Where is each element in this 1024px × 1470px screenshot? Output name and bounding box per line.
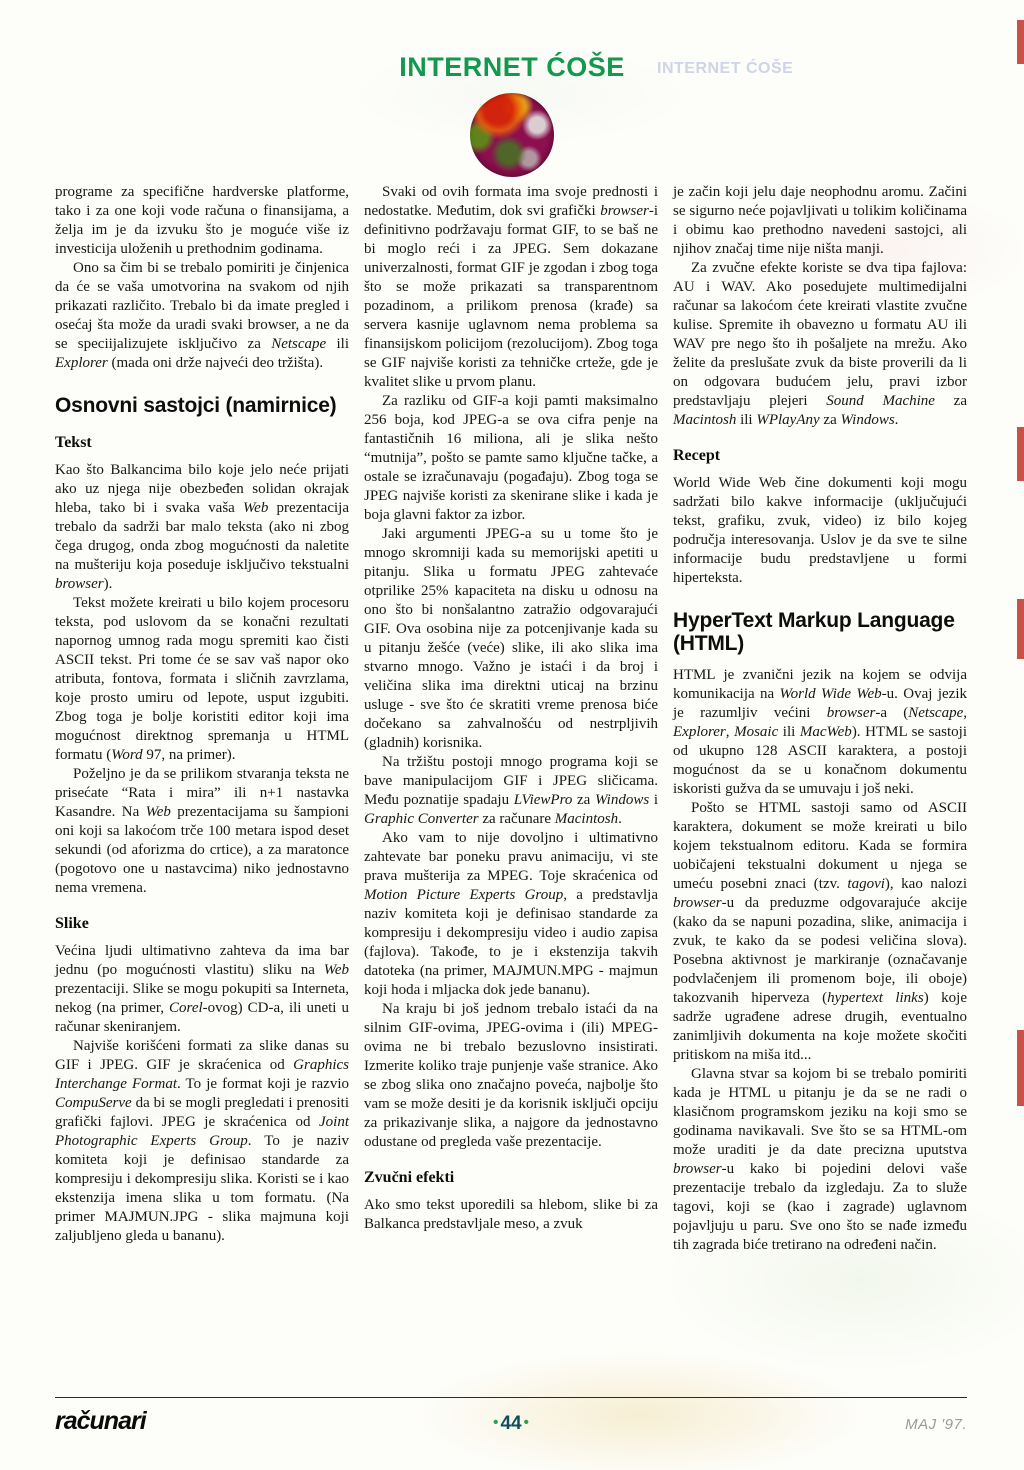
body-paragraph: Većina ljudi ultimativno zahteva da ima …	[55, 942, 349, 1037]
article-columns: programe za specifične hardverske platfo…	[55, 183, 967, 1255]
italic-text: browser	[600, 203, 649, 219]
plain-text: . To je naziv komiteta koji je definisao…	[55, 1133, 349, 1244]
plain-text: ), kao nalozi	[885, 876, 967, 892]
plain-text: ).	[104, 576, 113, 592]
plain-text: Ako vam to nije dovoljno i ultimativno z…	[364, 830, 658, 884]
italic-text: Macintosh	[673, 412, 736, 428]
page-footer: računari •44• MAJ '97.	[55, 1397, 967, 1436]
italic-text: browser	[55, 576, 104, 592]
italic-text: WPlayAny	[756, 412, 819, 428]
page-edge-mark	[1017, 1030, 1024, 1106]
plain-text: Za zvučne efekte koriste se dva tipa faj…	[673, 260, 967, 409]
italic-text: Mosaic	[734, 724, 778, 740]
italic-text: Windows	[595, 792, 649, 808]
plain-text: za računare	[479, 811, 555, 827]
body-paragraph: Najviše korišćeni formati za slike danas…	[55, 1037, 349, 1246]
sub-heading: Zvučni efekti	[364, 1169, 658, 1187]
page-number-left-dot: •	[491, 1414, 500, 1431]
italic-text: Word	[111, 747, 142, 763]
body-paragraph: Ako vam to nije dovoljno i ultimativno z…	[364, 829, 658, 1000]
plain-text: ili	[778, 724, 800, 740]
italic-text: Netscape	[908, 705, 963, 721]
page-title: INTERNET ĆOŠE	[0, 52, 1024, 83]
sub-heading: Slike	[55, 915, 349, 933]
plain-text: -a (	[875, 705, 908, 721]
plain-text: za	[935, 393, 967, 409]
column-1: programe za specifične hardverske platfo…	[55, 183, 349, 1255]
section-heading: HyperText Markup Language (HTML)	[673, 609, 967, 655]
italic-text: Graphic Converter	[364, 811, 479, 827]
body-paragraph: Poželjno je da se prilikom stvaranja tek…	[55, 765, 349, 898]
plain-text: .	[618, 811, 622, 827]
page-number: •44•	[491, 1413, 531, 1434]
plain-text: za	[572, 792, 595, 808]
plain-text: programe za specifične hardverske platfo…	[55, 184, 349, 257]
plain-text: i	[649, 792, 658, 808]
page-header: INTERNET ĆOŠE	[0, 52, 1024, 177]
body-paragraph: Glavna stvar sa kojom bi se trebalo pomi…	[673, 1065, 967, 1255]
body-paragraph: Tekst možete kreirati u bilo kojem proce…	[55, 594, 349, 765]
body-paragraph: Za zvučne efekte koriste se dva tipa faj…	[673, 259, 967, 430]
plain-text: Glavna stvar sa kojom bi se trebalo pomi…	[673, 1066, 967, 1158]
italic-text: Explorer	[673, 724, 726, 740]
plain-text: , a predstavlja naziv komiteta koji je d…	[364, 887, 658, 998]
italic-text: MacWeb	[800, 724, 852, 740]
italic-text: World Wide Web	[780, 686, 882, 702]
plain-text: Većina ljudi ultimativno zahteva da ima …	[55, 943, 349, 978]
italic-text: Macintosh	[555, 811, 618, 827]
italic-text: browser	[827, 705, 876, 721]
plain-text: Ako smo tekst uporedili sa hlebom, slike…	[364, 1197, 658, 1232]
plain-text: . To je format koji je razvio	[177, 1076, 349, 1092]
italic-text: browser	[673, 1161, 722, 1177]
globe-icon	[470, 93, 554, 177]
plain-text: ,	[726, 724, 734, 740]
plain-text: -i definitivno podržavaju format GIF, to…	[364, 203, 658, 390]
plain-text: 97, na primer).	[143, 747, 236, 763]
section-heading: Osnovni sastojci (namirnice)	[55, 394, 349, 417]
plain-text: za	[820, 412, 841, 428]
issue-date: MAJ '97.	[905, 1416, 967, 1433]
plain-text: je začin koji jelu daje neophodnu aromu.…	[673, 184, 967, 257]
italic-text: CompuServe	[55, 1095, 132, 1111]
italic-text: Web	[243, 500, 268, 516]
magazine-page: INTERNET ĆOŠE INTERNET ĆOŠE programe za …	[0, 0, 1024, 1470]
italic-text: Explorer	[55, 355, 108, 371]
column-3: je začin koji jelu daje neophodnu aromu.…	[673, 183, 967, 1255]
body-paragraph: Kao što Balkancima bilo koje jelo neće p…	[55, 461, 349, 594]
italic-text: Windows	[840, 412, 894, 428]
body-paragraph: Ono sa čim bi se trebalo pomiriti je čin…	[55, 259, 349, 373]
italic-text: Web	[324, 962, 349, 978]
plain-text: ili	[736, 412, 756, 428]
body-paragraph: Pošto se HTML sastoji samo od ASCII kara…	[673, 799, 967, 1065]
page-edge-mark	[1017, 599, 1024, 659]
italic-text: Sound Machine	[826, 393, 935, 409]
body-paragraph: Na kraju bi još jednom trebalo istaći da…	[364, 1000, 658, 1152]
italic-text: hypertext links	[827, 990, 924, 1006]
plain-text: Tekst možete kreirati u bilo kojem proce…	[55, 595, 349, 763]
italic-text: Corel	[169, 1000, 203, 1016]
page-number-right-dot: •	[522, 1414, 531, 1431]
body-paragraph: je začin koji jelu daje neophodnu aromu.…	[673, 183, 967, 259]
plain-text: Jaki argumenti JPEG-a su u tome što je m…	[364, 526, 658, 751]
sub-heading: Tekst	[55, 434, 349, 452]
italic-text: Web	[146, 804, 171, 820]
body-paragraph: Svaki od ovih formata ima svoje prednost…	[364, 183, 658, 392]
italic-text: tagovi	[847, 876, 885, 892]
italic-text: Netscape	[271, 336, 326, 352]
sub-heading: Recept	[673, 447, 967, 465]
body-paragraph: Ako smo tekst uporedili sa hlebom, slike…	[364, 1196, 658, 1234]
page-edge-mark	[1017, 427, 1024, 481]
body-paragraph: Jaki argumenti JPEG-a su u tome što je m…	[364, 525, 658, 753]
body-paragraph: Na tržištu postoji mnogo programa koji s…	[364, 753, 658, 829]
plain-text: (mada oni drže najveći deo tržišta).	[108, 355, 323, 371]
plain-text: .	[895, 412, 899, 428]
plain-text: World Wide Web čine dokumenti koji mogu …	[673, 475, 967, 586]
plain-text: ,	[963, 705, 967, 721]
italic-text: Motion Picture Experts Group	[364, 887, 563, 903]
body-paragraph: Za razliku od GIF-a koji pamti maksimaln…	[364, 392, 658, 525]
body-paragraph: HTML je zvanični jezik na kojem se odvij…	[673, 666, 967, 799]
page-number-value: 44	[500, 1413, 521, 1434]
plain-text: ili	[326, 336, 349, 352]
column-2: Svaki od ovih formata ima svoje prednost…	[364, 183, 658, 1255]
italic-text: LViewPro	[514, 792, 573, 808]
magazine-logo: računari	[55, 1407, 146, 1435]
body-paragraph: programe za specifične hardverske platfo…	[55, 183, 349, 259]
plain-text: Na kraju bi još jednom trebalo istaći da…	[364, 1001, 658, 1150]
plain-text: Za razliku od GIF-a koji pamti maksimaln…	[364, 393, 658, 523]
italic-text: browser	[673, 895, 722, 911]
body-paragraph: World Wide Web čine dokumenti koji mogu …	[673, 474, 967, 588]
